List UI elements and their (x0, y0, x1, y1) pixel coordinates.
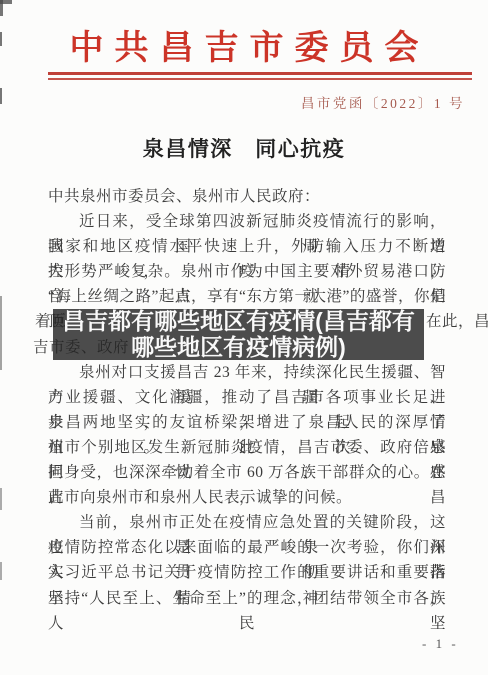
body-line: 泉州对口支援昌吉 23 年来，持续深化民生援疆、智力援疆、 (48, 360, 446, 385)
body-line: 产业援疆、文化润疆，推动了昌吉市各项事业长足进步，架起了 (48, 385, 446, 410)
body-lines: 中共泉州市委员会、泉州市人民政府：近日来，受全球第四波新冠肺炎疫情流行的影响，我… (48, 184, 446, 611)
body-line: “海上丝绸之路”起点，享有“东方第一大港”的盛誉，你们顶 (48, 284, 446, 309)
body-line: 实习近平总书记关于疫情防控工作的重要讲话和重要指示精神， (48, 560, 446, 585)
body-line: 疫情防控常态化以来面临的最严峻的一次考验，你们深入贯彻落 (48, 535, 446, 560)
scan-artifact (0, 0, 3, 16)
scan-artifact (0, 488, 2, 510)
letterhead-org-name: 中共昌吉市委员会 (0, 20, 488, 69)
body-line: 国家和地区疫情水平快速上升，外防输入压力不断增大，疫情防 (48, 234, 446, 259)
body-line: 控形势严峻复杂。泉州市作为中国主要对外贸易港口，自古就是 (48, 259, 446, 284)
body-line: 同身受，也深深牵动着全市 60 万各族干部群众的心。在此，昌 (48, 460, 446, 485)
body-line: 当前，泉州市正处在疫情应急处置的关键阶段，这也是泉州 (48, 510, 446, 535)
body-line: 泉昌两地坚实的友谊桥梁，增进了泉昌人民的深厚情谊。此次泉 (48, 410, 446, 435)
overlay-caption-line2: 哪些地区有疫情病例) (131, 335, 346, 361)
document-title: 泉昌情深 同心抗疫 (0, 133, 488, 163)
body-line: 中共泉州市委员会、泉州市人民政府： (48, 184, 446, 209)
scanned-document-page: 中共昌吉市委员会 昌市党函〔2022〕1 号 泉昌情深 同心抗疫 中共泉州市委员… (0, 0, 488, 675)
letterhead-divider (48, 72, 472, 80)
scan-artifact (0, 562, 2, 580)
body-line: 坚持“人民至上、生命至上”的理念，团结带领全市各族人民坚 (48, 586, 446, 611)
scan-artifact (0, 296, 2, 370)
document-number: 昌市党函〔2022〕1 号 (301, 92, 465, 112)
body-line: 州市个别地区发生新冠肺炎疫情，昌吉市委、政府倍感担忧、感 (48, 435, 446, 460)
scan-artifact (0, 88, 2, 104)
overlay-caption-line1: 昌吉都有哪些地区有疫情(昌吉都有 (62, 309, 415, 335)
body-line: 近日来，受全球第四波新冠肺炎疫情流行的影响，我国周边 (48, 209, 446, 234)
overlay-caption-banner: 昌吉都有哪些地区有疫情(昌吉都有 哪些地区有疫情病例) (53, 309, 424, 360)
page-number: - 1 - (422, 636, 459, 652)
